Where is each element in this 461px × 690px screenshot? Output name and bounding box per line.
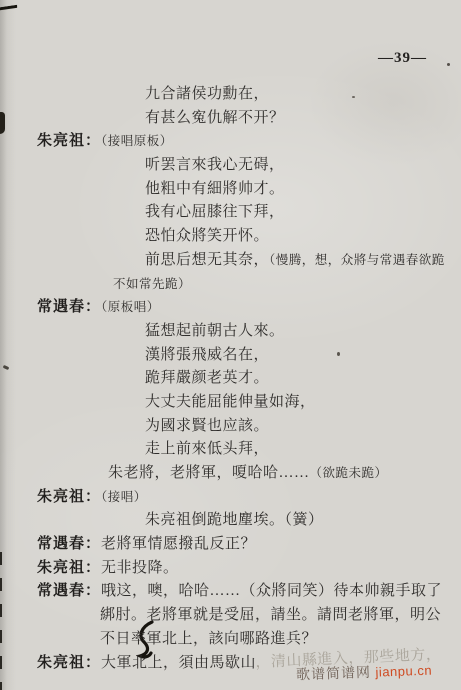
script-line-text: 大丈夫能屈能伸量如海， <box>145 394 316 410</box>
script-line-text: 恐怕众將笑开怀。 <box>145 228 269 244</box>
script-line-text: 哦这，噢，哈哈……（众將同笑）待本帅親手取了 <box>101 583 442 599</box>
script-lines: 九合諸侯功勳在，有甚么寃仇解不开？朱亮祖：（接唱原板）听罢言來我心无碍，他粗中有… <box>0 83 461 675</box>
script-line: 朱老將，老將軍，嗄哈哈……（欲跪未跪） <box>0 462 461 486</box>
script-line-text: 不日率軍北上，該向哪路進兵？ <box>100 631 317 647</box>
script-line: 大丈夫能屈能伸量如海， <box>0 391 461 415</box>
script-line-text: 为國求賢也应該。 <box>145 418 269 434</box>
script-line: 綁肘。老將軍就是受屈，請坐。請問老將軍，明公 <box>0 604 461 628</box>
script-line-text: 漢將張飛威名在， <box>145 347 269 363</box>
script-line-text: 听罢言來我心无碍， <box>145 157 285 173</box>
script-line-text: 常遇春： <box>37 299 101 315</box>
watermark-site-name: 歌谱简谱网 <box>296 666 371 684</box>
script-line-text: 朱亮祖： <box>37 655 101 671</box>
script-line: 朱亮祖：无非投降。 <box>0 557 461 581</box>
script-line: 朱亮祖：（接唱原板） <box>0 130 461 154</box>
script-line-text: 常遇春： <box>37 583 101 599</box>
script-line: 猛想起前朝古人來。 <box>0 320 461 344</box>
script-line-text: 九合諸侯功勳在， <box>145 86 269 102</box>
script-line: 常遇春：老將軍情愿撥乱反正？ <box>0 533 461 557</box>
script-line-text: 跪拜嚴颜老英才。 <box>145 370 269 386</box>
page-number: —39— <box>378 50 448 67</box>
script-line-text: 朱亮祖： <box>37 489 101 505</box>
script-line: 朱亮祖：（接唱） <box>0 486 461 510</box>
script-line: 常遇春：（原板唱） <box>0 296 461 320</box>
script-line-text: 老將軍情愿撥乱反正？ <box>101 536 256 552</box>
script-line-text: 朱亮祖： <box>37 560 101 576</box>
script-line: 为國求賢也应該。 <box>0 415 461 439</box>
script-line-text: 前思后想无其奈， <box>145 252 269 268</box>
script-line: 九合諸侯功勳在， <box>0 83 461 107</box>
script-line: 朱亮祖倒跪地塵埃。（簧） <box>0 509 461 533</box>
script-line: 不如常先跪） <box>0 273 461 297</box>
script-line-text: 綁肘。老將軍就是受屈，請坐。請問老將軍，明公 <box>100 607 441 623</box>
scanned-page: —39— 九合諸侯功勳在，有甚么寃仇解不开？朱亮祖：（接唱原板）听罢言來我心无碍… <box>0 0 461 690</box>
watermark-domain: jianpu.cn <box>375 663 432 680</box>
script-line: 我有心屈膝往下拜， <box>0 201 461 225</box>
script-line-text: （原板唱） <box>101 300 160 314</box>
script-line: 漢將張飛威名在， <box>0 344 461 368</box>
watermark: 歌谱简谱网 jianpu.cn <box>296 660 433 685</box>
scan-artifact-corner-mark <box>0 5 19 19</box>
script-line-text: 无非投降。 <box>101 560 179 576</box>
script-line: 听罢言來我心无碍， <box>0 154 461 178</box>
script-line-text: 走上前來低头拜， <box>145 441 269 457</box>
script-line-text: （接唱原板） <box>101 134 173 148</box>
script-line-text: 我有心屈膝往下拜， <box>145 204 285 220</box>
script-line-text: 朱亮祖： <box>37 133 101 149</box>
script-line-text: 朱亮祖倒跪地塵埃。（簧） <box>145 512 324 528</box>
script-line: 跪拜嚴颜老英才。 <box>0 367 461 391</box>
script-line-text: 有甚么寃仇解不开？ <box>145 110 285 126</box>
script-line-text: 大軍北上，須由馬歇山 <box>101 655 256 671</box>
script-line-text: 不如常先跪） <box>113 277 191 291</box>
script-line-text: （慢腾，想，众將与常遇春欲跪 <box>269 253 445 267</box>
script-line-text: （欲跪未跪） <box>310 466 388 480</box>
script-line-text: 猛想起前朝古人來。 <box>145 323 285 339</box>
script-line: 有甚么寃仇解不开？ <box>0 107 461 131</box>
script-line: 走上前來低头拜， <box>0 438 461 462</box>
script-line-text: 他粗中有細將帅才。 <box>145 181 285 197</box>
script-line-text: 朱老將，老將軍，嗄哈哈…… <box>108 465 310 481</box>
script-line-text: 常遇春： <box>37 536 101 552</box>
script-line: 前思后想无其奈，（慢腾，想，众將与常遇春欲跪 <box>0 249 461 273</box>
script-line: 常遇春：哦这，噢，哈哈……（众將同笑）待本帅親手取了 <box>0 580 461 604</box>
script-line: 他粗中有細將帅才。 <box>0 178 461 202</box>
script-line: 恐怕众將笑开怀。 <box>0 225 461 249</box>
script-line-text: （接唱） <box>101 490 147 504</box>
